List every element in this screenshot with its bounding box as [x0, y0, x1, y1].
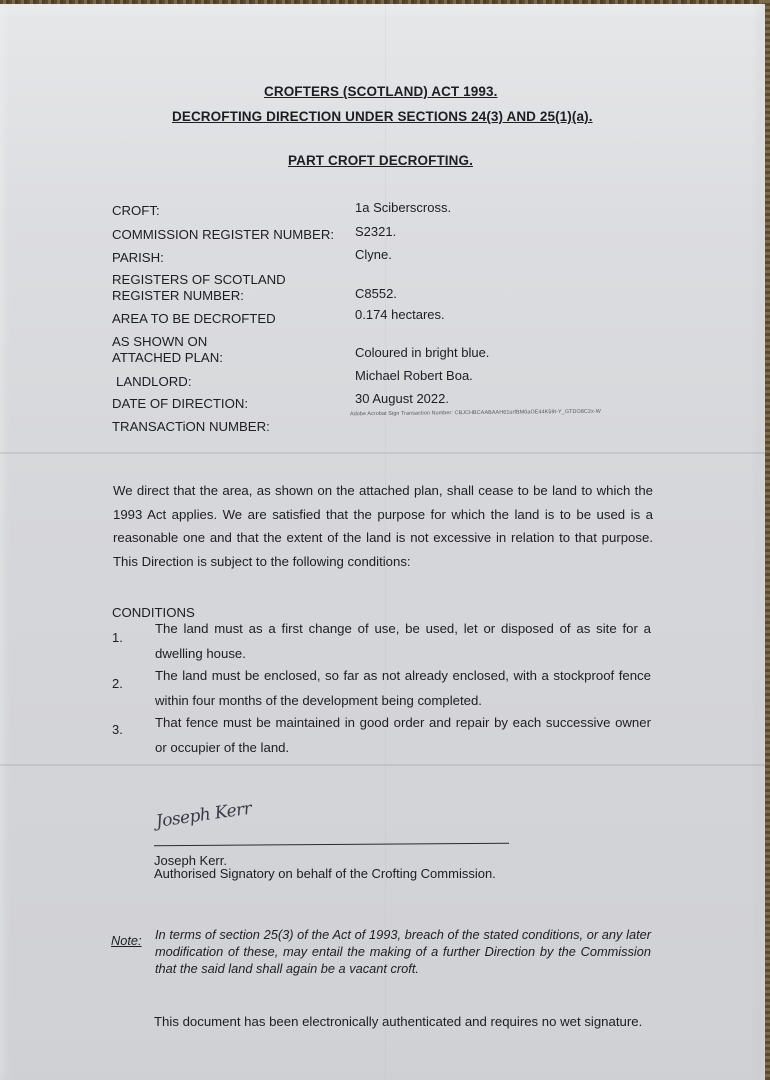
detail-value-parish: Clyne. — [355, 247, 392, 262]
condition-number: 3. — [112, 722, 123, 737]
condition-number: 2. — [112, 676, 123, 691]
detail-label-transaction: TRANSACTiON NUMBER: — [112, 419, 270, 435]
paper-fold — [0, 764, 765, 766]
note-text: In terms of section 25(3) of the Act of … — [155, 926, 651, 977]
condition-text: The land must be enclosed, so far as not… — [155, 663, 651, 713]
detail-value-date: 30 August 2022. — [355, 391, 449, 406]
condition-number: 1. — [112, 630, 123, 645]
detail-label-date: DATE OF DIRECTION: — [112, 396, 248, 412]
detail-label-attached-plan: AS SHOWN ON ATTACHED PLAN: — [112, 334, 223, 366]
detail-label-commission-register: COMMISSION REGISTER NUMBER: — [112, 227, 334, 243]
condition-text: The land must as a first change of use, … — [155, 616, 651, 666]
authentication-footer: This document has been electronically au… — [154, 1014, 642, 1029]
direction-title: DECROFTING DIRECTION UNDER SECTIONS 24(3… — [172, 109, 593, 124]
handwritten-signature: Joseph Kerr — [155, 799, 253, 832]
signatory-role: Authorised Signatory on behalf of the Cr… — [154, 866, 496, 881]
detail-value-transaction: Adobe Acrobat Sign Transaction Number: C… — [350, 409, 601, 418]
act-title: CROFTERS (SCOTLAND) ACT 1993. — [264, 84, 497, 99]
note-label: Note: — [111, 933, 142, 948]
detail-label-parish: PARISH: — [112, 250, 164, 266]
document-subtitle: PART CROFT DECROFTING. — [288, 153, 473, 168]
detail-value-ros-register: C8552. — [355, 286, 397, 301]
detail-label-croft: CROFT: — [112, 203, 160, 219]
detail-value-croft: 1a Sciberscross. — [355, 200, 451, 215]
detail-label-area: AREA TO BE DECROFTED — [112, 311, 276, 327]
detail-value-area: 0.174 hectares. — [355, 307, 445, 322]
direction-paragraph: We direct that the area, as shown on the… — [113, 479, 653, 573]
detail-label-landlord: LANDLORD: — [116, 374, 191, 390]
paper-fold — [0, 452, 765, 454]
document-page: CROFTERS (SCOTLAND) ACT 1993. DECROFTING… — [0, 4, 765, 1080]
detail-value-landlord: Michael Robert Boa. — [355, 368, 473, 383]
detail-value-commission-register: S2321. — [355, 224, 396, 239]
detail-label-ros-register: REGISTERS OF SCOTLAND REGISTER NUMBER: — [112, 272, 286, 304]
condition-text: That fence must be maintained in good or… — [155, 710, 651, 760]
detail-value-attached-plan: Coloured in bright blue. — [355, 345, 489, 360]
signature-line — [154, 843, 509, 846]
